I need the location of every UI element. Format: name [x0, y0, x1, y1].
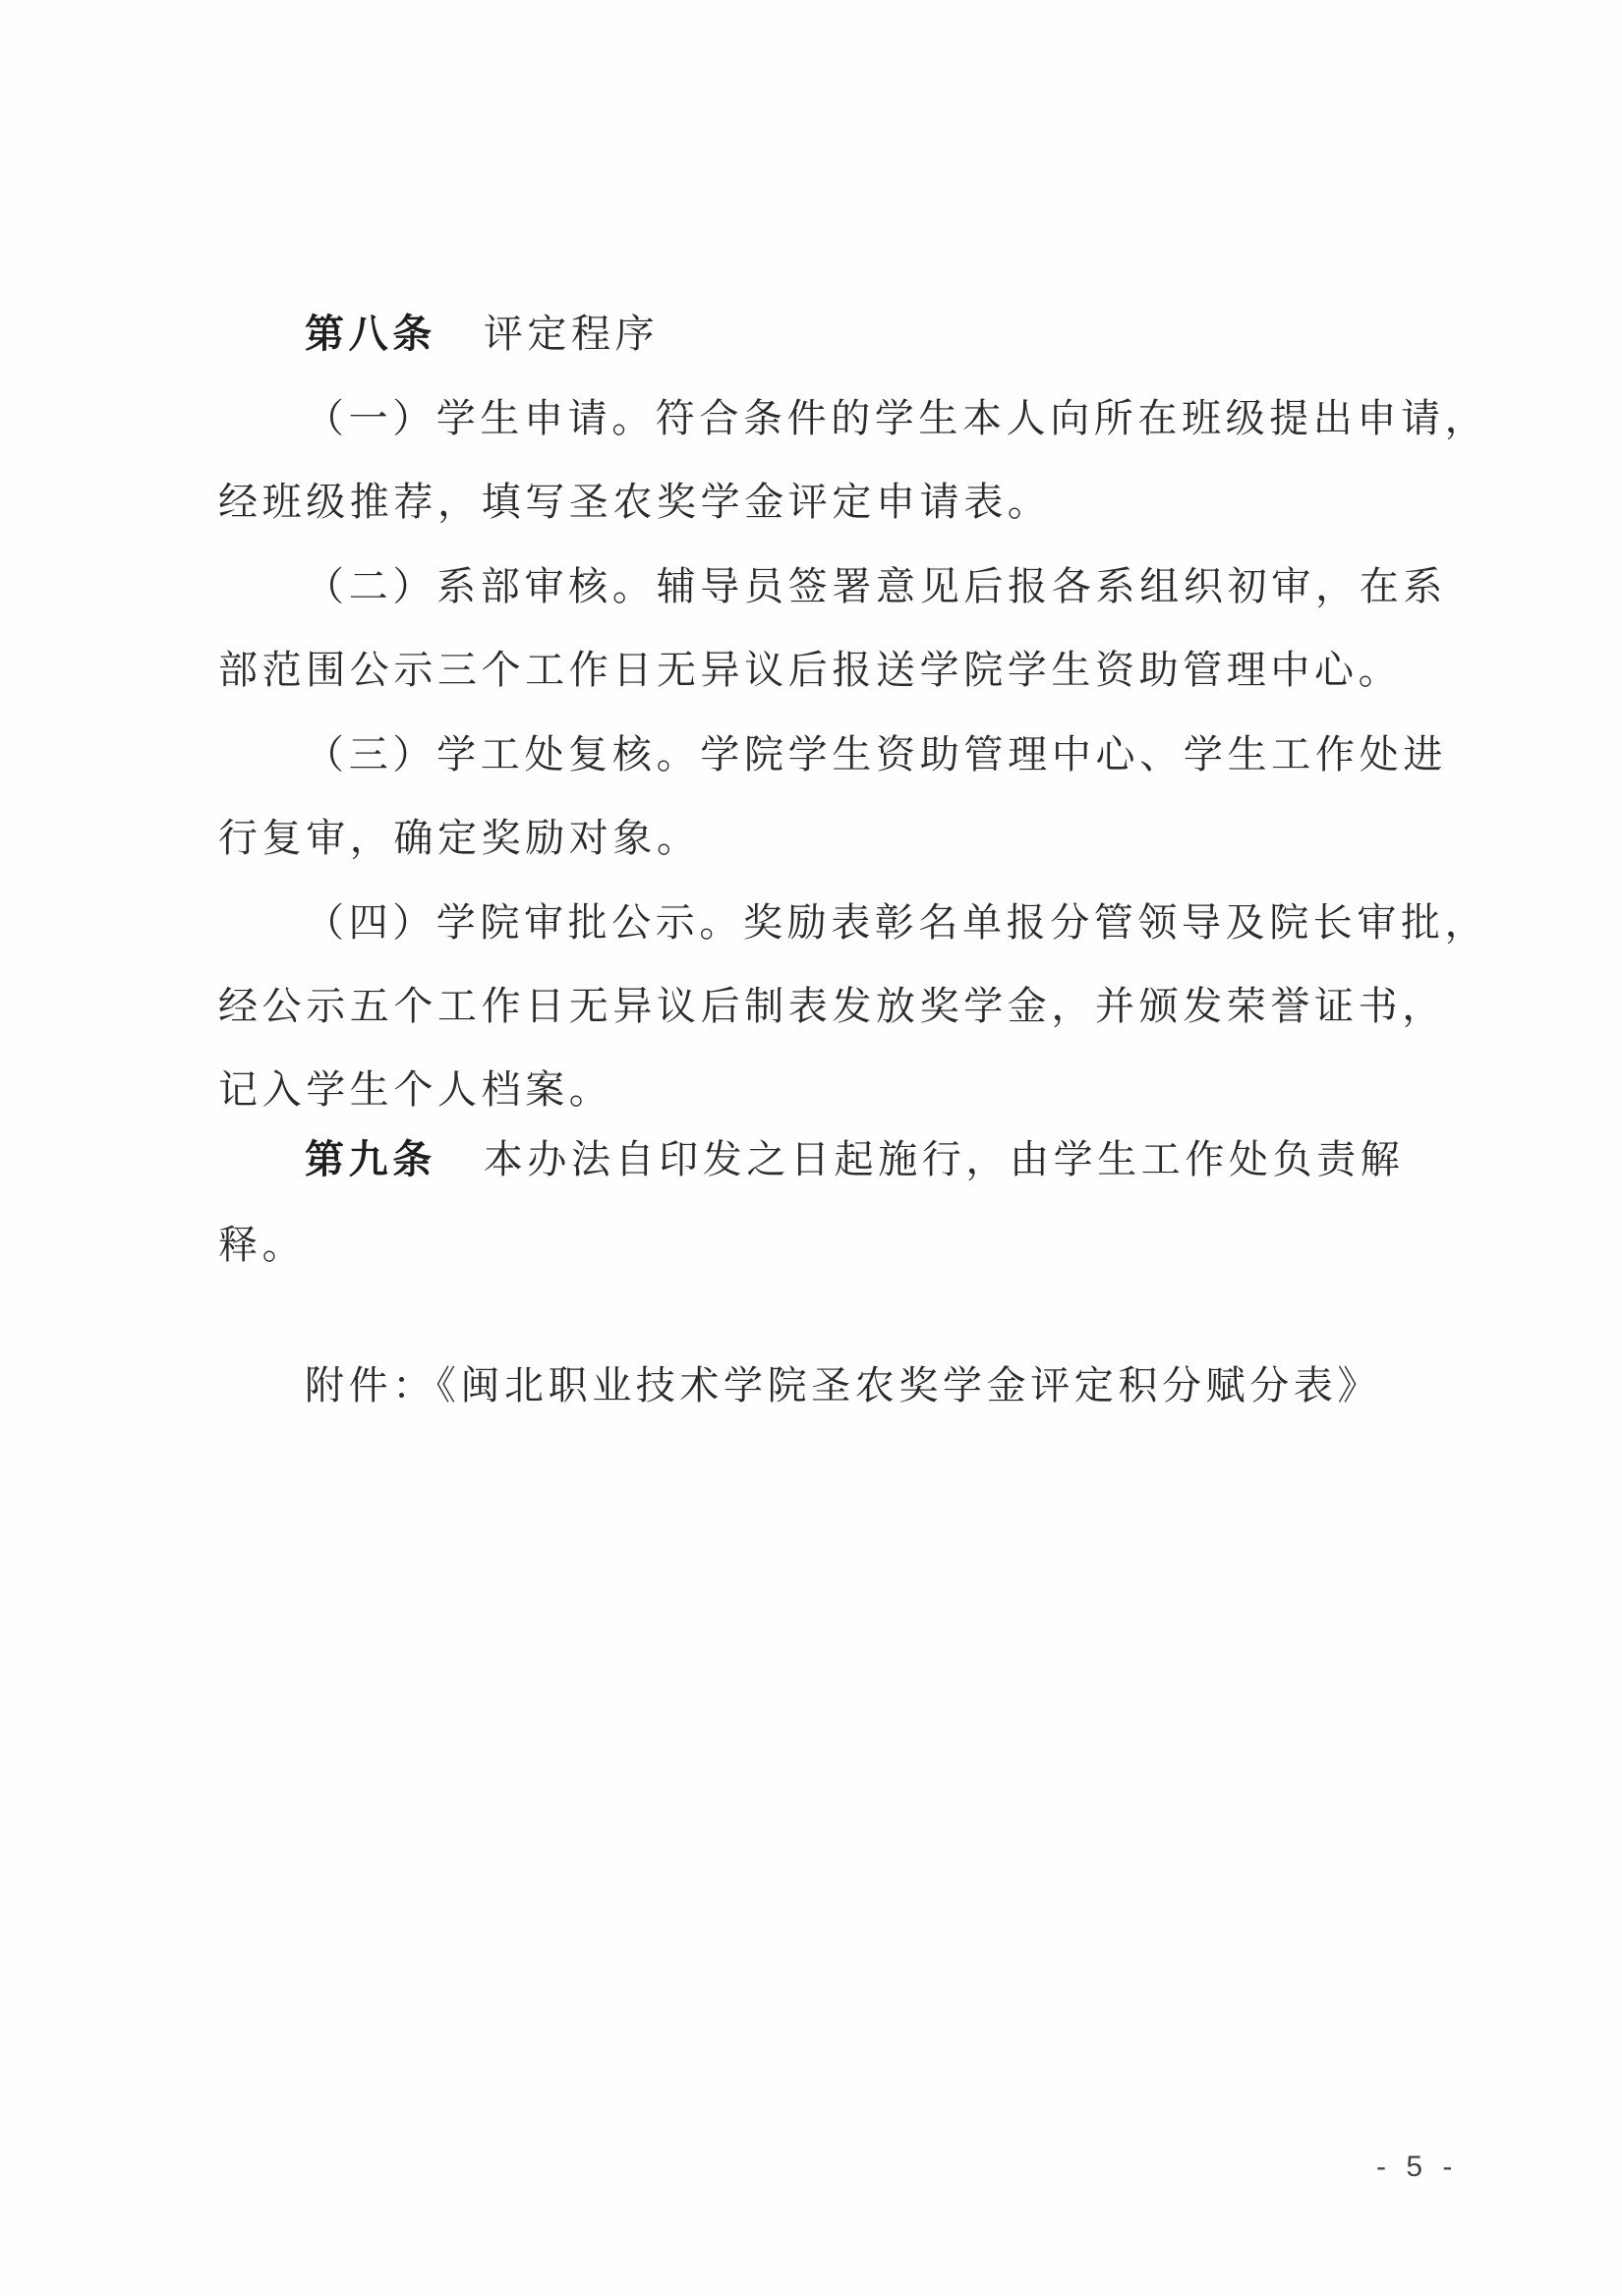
- item-3-line-2: 行复审，确定奖励对象。: [218, 809, 1447, 868]
- article-9-line-1: 第九条本办法自印发之日起施行，由学生工作处负责解: [305, 1130, 1447, 1189]
- attachment-line: 附件：《闽北职业技术学院圣农奖学金评定积分赋分表》: [305, 1356, 1447, 1415]
- article-9-text: 本办法自印发之日起施行，由学生工作处负责解: [484, 1137, 1405, 1182]
- item-4-line-3: 记入学生个人档案。: [218, 1061, 1447, 1119]
- item-1-line-1: （一）学生申请。符合条件的学生本人向所在班级提出申请，: [305, 389, 1447, 448]
- article-8-heading: 第八条评定程序: [305, 305, 1447, 364]
- page-number: - 5 -: [1376, 2151, 1458, 2184]
- article-8-label: 第八条: [305, 311, 436, 357]
- item-2-line-1: （二）系部审核。辅导员签署意见后报各系组织初审，在系: [305, 557, 1447, 616]
- item-4-line-2: 经公示五个工作日无异议后制表发放奖学金，并颁发荣誉证书，: [218, 977, 1447, 1036]
- item-3-line-1: （三）学工处复核。学院学生资助管理中心、学生工作处进: [305, 725, 1447, 784]
- article-8-title: 评定程序: [484, 312, 659, 357]
- item-4-line-1: （四）学院审批公示。奖励表彰名单报分管领导及院长审批，: [305, 893, 1447, 952]
- item-1-line-2: 经班级推荐，填写圣农奖学金评定申请表。: [218, 473, 1447, 532]
- document-page: 第八条评定程序 （一）学生申请。符合条件的学生本人向所在班级提出申请， 经班级推…: [0, 0, 1622, 2296]
- article-9-line-2: 释。: [218, 1216, 1447, 1275]
- item-2-line-2: 部范围公示三个工作日无异议后报送学院学生资助管理中心。: [218, 641, 1447, 700]
- article-9-label: 第九条: [305, 1136, 436, 1182]
